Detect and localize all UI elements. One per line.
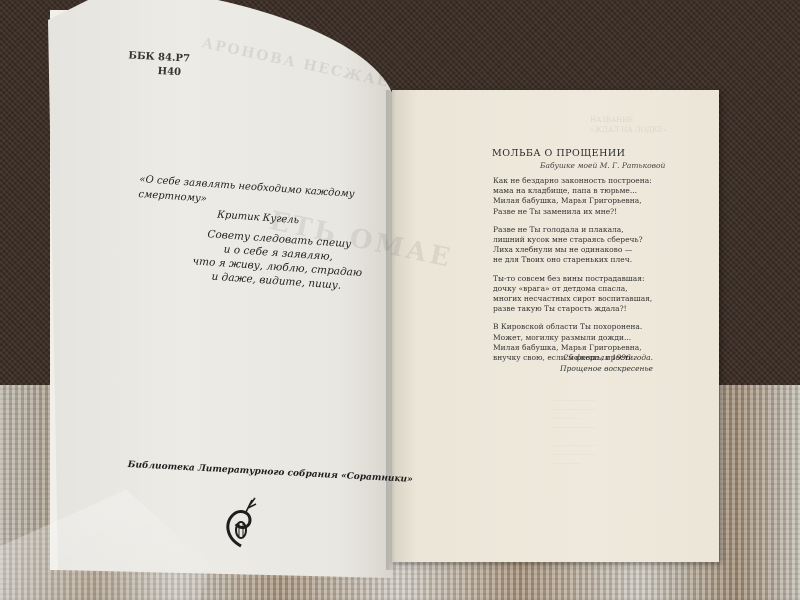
bleed-through-text: ........................................… bbox=[550, 395, 660, 467]
poem-line: Как не бездарно законность построена: bbox=[493, 176, 653, 186]
lyre-emblem-icon bbox=[222, 496, 260, 548]
book-gutter bbox=[386, 90, 396, 570]
poem-line: разве такую Ты старость ждала?! bbox=[493, 304, 653, 314]
catalog-code: ББК 84.Р7 Н40 bbox=[127, 49, 190, 80]
poem-line: Разве не Ты голодала и плакала, bbox=[493, 225, 653, 235]
poem-dedication: Бабушке моей М. Г. Ратьковой bbox=[540, 161, 665, 170]
poem-occasion: Прощеное воскресенье bbox=[560, 363, 653, 374]
poem-line: В Кировской области Ты похоронена. bbox=[493, 322, 653, 332]
poem-line: лишний кусок мне стараясь сберечь? bbox=[493, 235, 653, 245]
poem-line: Может, могилку размыли дожди... bbox=[493, 333, 653, 343]
poem-line: Милая бабушка, Марья Григорьевна, bbox=[493, 196, 653, 206]
poem-line: Разве не Ты заменила их мне?! bbox=[493, 207, 653, 217]
poem-line: дочку «врага» от детдома спасла, bbox=[493, 284, 653, 294]
poem-date: 25 февраля 1996 года. bbox=[560, 352, 653, 363]
poem-stanza: Разве не Ты голодала и плакала, лишний к… bbox=[493, 225, 653, 266]
poem-stanza: Ты-то совсем без вины пострадавшая: дочк… bbox=[493, 274, 653, 315]
poem-date-block: 25 февраля 1996 года. Прощеное воскресен… bbox=[560, 352, 653, 374]
poem-title: МОЛЬБА О ПРОЩЕНИИ bbox=[492, 148, 625, 159]
poem-line: мама на кладбище, папа в тюрьме... bbox=[493, 186, 653, 196]
poem-line: не для Твоих оно стареньких плеч. bbox=[493, 255, 653, 265]
poem-line: Лиха хлебнули мы не одинаково — bbox=[493, 245, 653, 255]
poem-line: Ты-то совсем без вины пострадавшая: bbox=[493, 274, 653, 284]
poem-stanza: Как не бездарно законность построена: ма… bbox=[493, 176, 653, 217]
poem-body: Как не бездарно законность построена: ма… bbox=[493, 176, 653, 371]
bbk-code: ББК 84.Р7 bbox=[128, 50, 190, 64]
bleed-through-text: НАЗВАНИЕ«ЖДАЛ НА ЛОДКЕ» bbox=[590, 115, 667, 135]
poem-line: многих несчастных сирот воспитавшая, bbox=[493, 294, 653, 304]
